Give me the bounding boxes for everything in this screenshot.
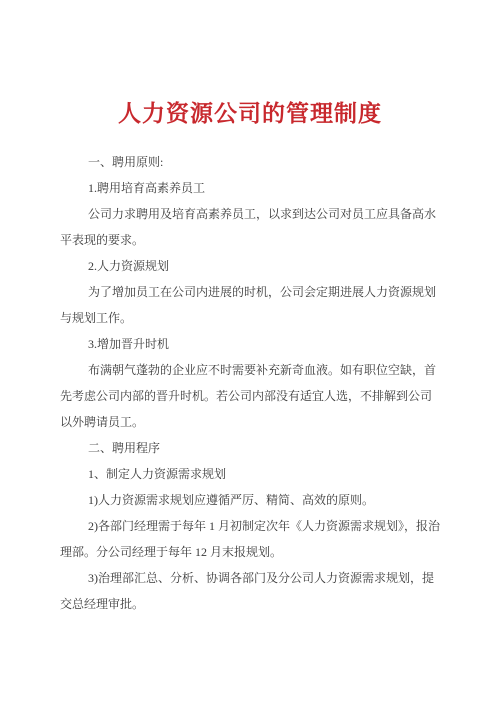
- document-line: 先考虑公司内部的晋升时机。若公司内部没有适宜人选，不排解到公司: [60, 383, 440, 409]
- document-line: 为了增加员工在公司内进展的时机，公司会定期进展人力资源规划: [60, 279, 440, 305]
- document-line: 1、制定人力资源需求规划: [60, 461, 440, 487]
- document-line: 1)人力资源需求规划应遵循严厉、精简、高效的原则。: [60, 487, 440, 513]
- document-line: 布满朝气蓬勃的企业应不时需要补充新奇血液。如有职位空缺，首: [60, 357, 440, 383]
- document-line: 与规划工作。: [60, 305, 440, 331]
- document-line: 交总经理审批。: [60, 591, 440, 617]
- document-title: 人力资源公司的管理制度: [0, 99, 500, 129]
- document-line: 2)各部门经理需于每年 1 月初制定次年《人力资源需求规划》，报治: [60, 513, 440, 539]
- document-line: 3)治理部汇总、分析、协调各部门及分公司人力资源需求规划，提: [60, 565, 440, 591]
- document-body: 一、聘用原则:1.聘用培育高素养员工公司力求聘用及培育高素养员工，以求到达公司对…: [60, 149, 440, 617]
- document-line: 理部。分公司经理于每年 12 月末报规划。: [60, 539, 440, 565]
- document-line: 一、聘用原则:: [60, 149, 440, 175]
- document-line: 3.增加晋升时机: [60, 331, 440, 357]
- document-line: 平表现的要求。: [60, 227, 440, 253]
- document-line: 以外聘请员工。: [60, 409, 440, 435]
- document-page: 人力资源公司的管理制度 一、聘用原则:1.聘用培育高素养员工公司力求聘用及培育高…: [0, 0, 500, 707]
- document-line: 1.聘用培育高素养员工: [60, 175, 440, 201]
- document-line: 二、聘用程序: [60, 435, 440, 461]
- document-line: 2.人力资源规划: [60, 253, 440, 279]
- document-line: 公司力求聘用及培育高素养员工，以求到达公司对员工应具备高水: [60, 201, 440, 227]
